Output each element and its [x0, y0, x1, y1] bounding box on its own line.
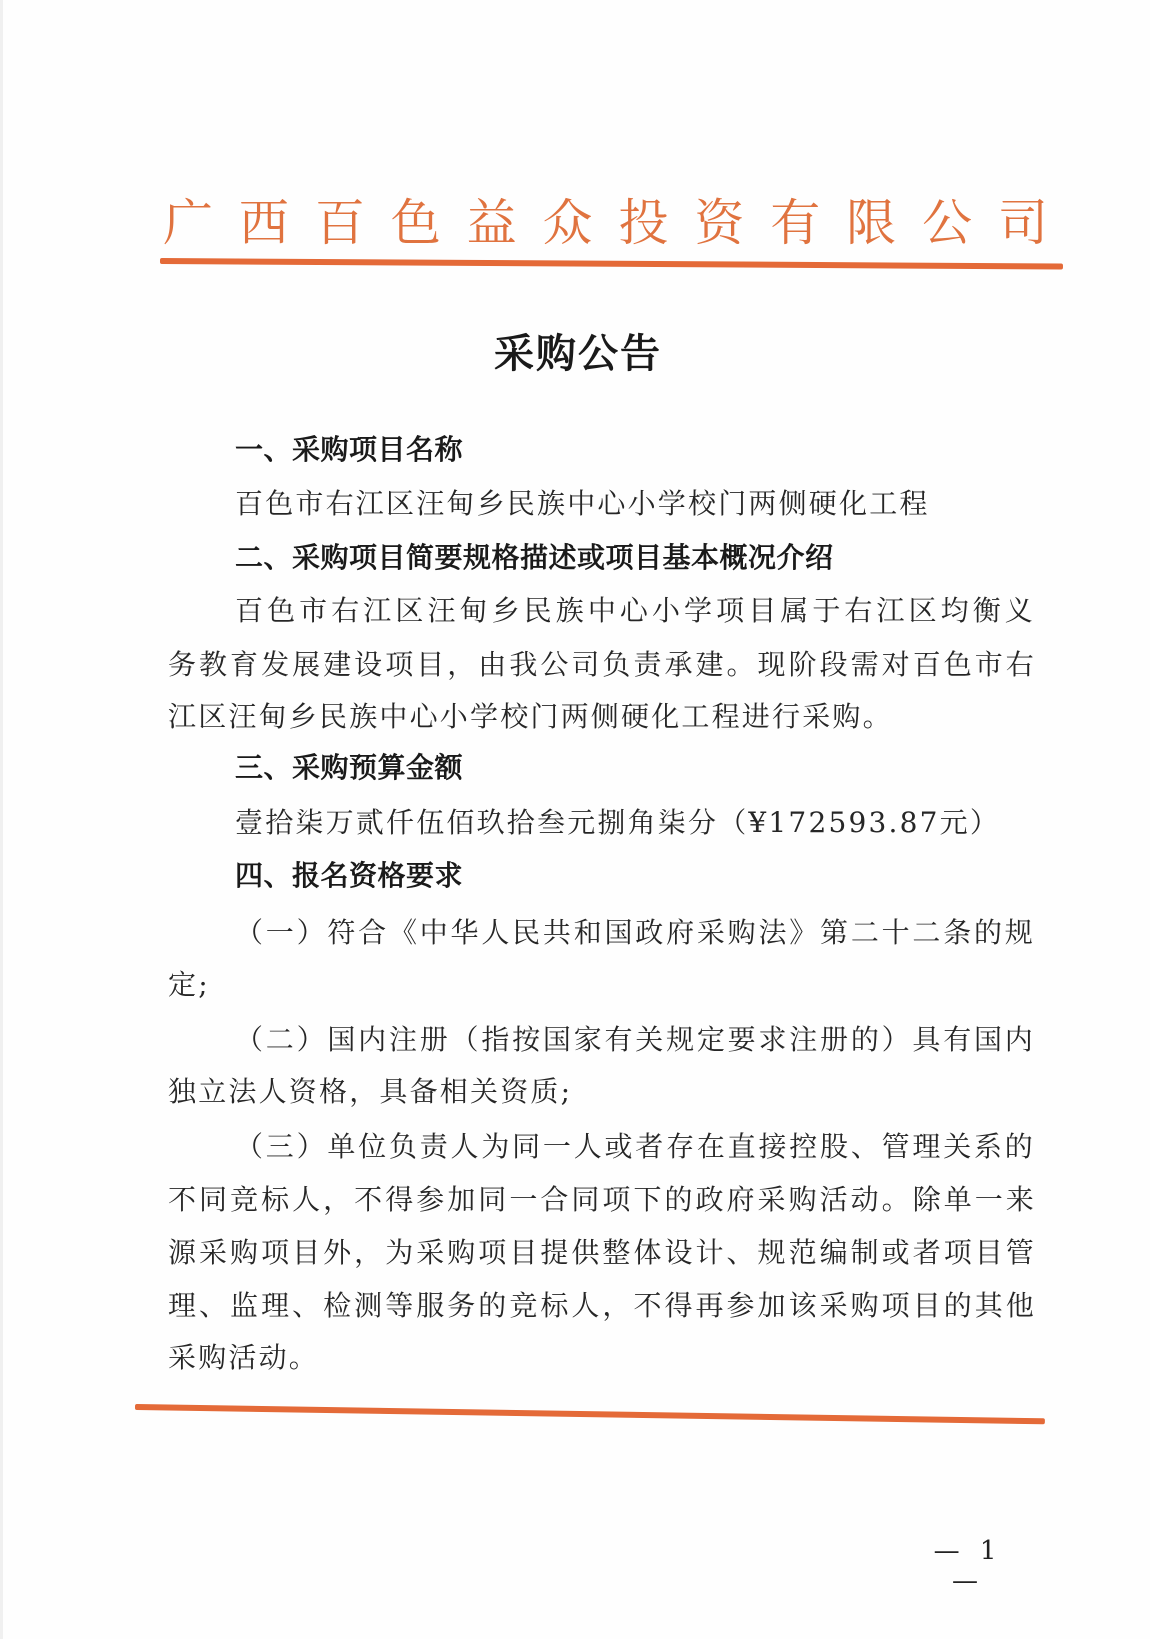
paragraph-line: 江区汪甸乡民族中心小学校门两侧硬化工程进行采购。 [168, 697, 1038, 737]
project-name: 百色市右江区汪甸乡民族中心小学校门两侧硬化工程 [235, 484, 1105, 524]
letterhead-company-name: 广 西 百 色 益 众 投 资 有 限 公 司 [163, 188, 1048, 258]
letterhead-char: 投 [618, 198, 668, 248]
letterhead-char: 众 [543, 198, 593, 248]
section-heading-3: 三、采购预算金额 [235, 748, 1105, 788]
footer-red-rule [135, 1404, 1045, 1424]
letterhead-char: 百 [315, 198, 365, 248]
requirement-item-3-cont: 不同竞标人，不得参加同一合同项下的政府采购活动。除单一来 [168, 1180, 1036, 1220]
letterhead-char: 公 [922, 198, 972, 248]
letterhead-char: 司 [998, 198, 1048, 248]
document-page: 广 西 百 色 益 众 投 资 有 限 公 司 采购公告 一、采购项目名称 百色… [0, 0, 1150, 1639]
letterhead-char: 广 [163, 198, 213, 248]
section-heading-2: 二、采购项目简要规格描述或项目基本概况介绍 [235, 538, 1105, 578]
letterhead-char: 西 [239, 198, 289, 248]
budget-amount: 壹拾柒万贰仟伍佰玖拾叁元捌角柒分（¥172593.87元） [235, 803, 1105, 843]
requirement-item-2: （二）国内注册（指按国家有关规定要求注册的）具有国内 [235, 1020, 1035, 1060]
letterhead-char: 有 [770, 198, 820, 248]
letterhead-red-rule [160, 258, 1063, 270]
page-number: — 1 — [918, 1536, 1018, 1596]
letterhead-char: 资 [694, 198, 744, 248]
requirement-item-3-cont: 源采购项目外，为采购项目提供整体设计、规范编制或者项目管 [168, 1233, 1036, 1273]
section-heading-1: 一、采购项目名称 [235, 430, 1105, 470]
paragraph-line: 百色市右江区汪甸乡民族中心小学项目属于右江区均衡义 [235, 591, 1035, 631]
requirement-item-3: （三）单位负责人为同一人或者存在直接控股、管理关系的 [235, 1127, 1035, 1167]
requirement-item-1: （一）符合《中华人民共和国政府采购法》第二十二条的规 [235, 913, 1035, 953]
letterhead-char: 色 [391, 198, 441, 248]
requirement-item-1-cont: 定; [168, 965, 1038, 1005]
letterhead-char: 益 [467, 198, 517, 248]
letterhead-char: 限 [846, 198, 896, 248]
section-heading-4: 四、报名资格要求 [235, 856, 1105, 896]
requirement-item-3-cont: 采购活动。 [168, 1338, 1038, 1378]
requirement-item-3-cont: 理、监理、检测等服务的竞标人，不得再参加该采购项目的其他 [168, 1286, 1036, 1326]
paragraph-line: 务教育发展建设项目，由我公司负责承建。现阶段需对百色市右 [168, 645, 1036, 685]
requirement-item-2-cont: 独立法人资格，具备相关资质; [168, 1072, 1038, 1112]
document-title: 采购公告 [3, 322, 1150, 379]
